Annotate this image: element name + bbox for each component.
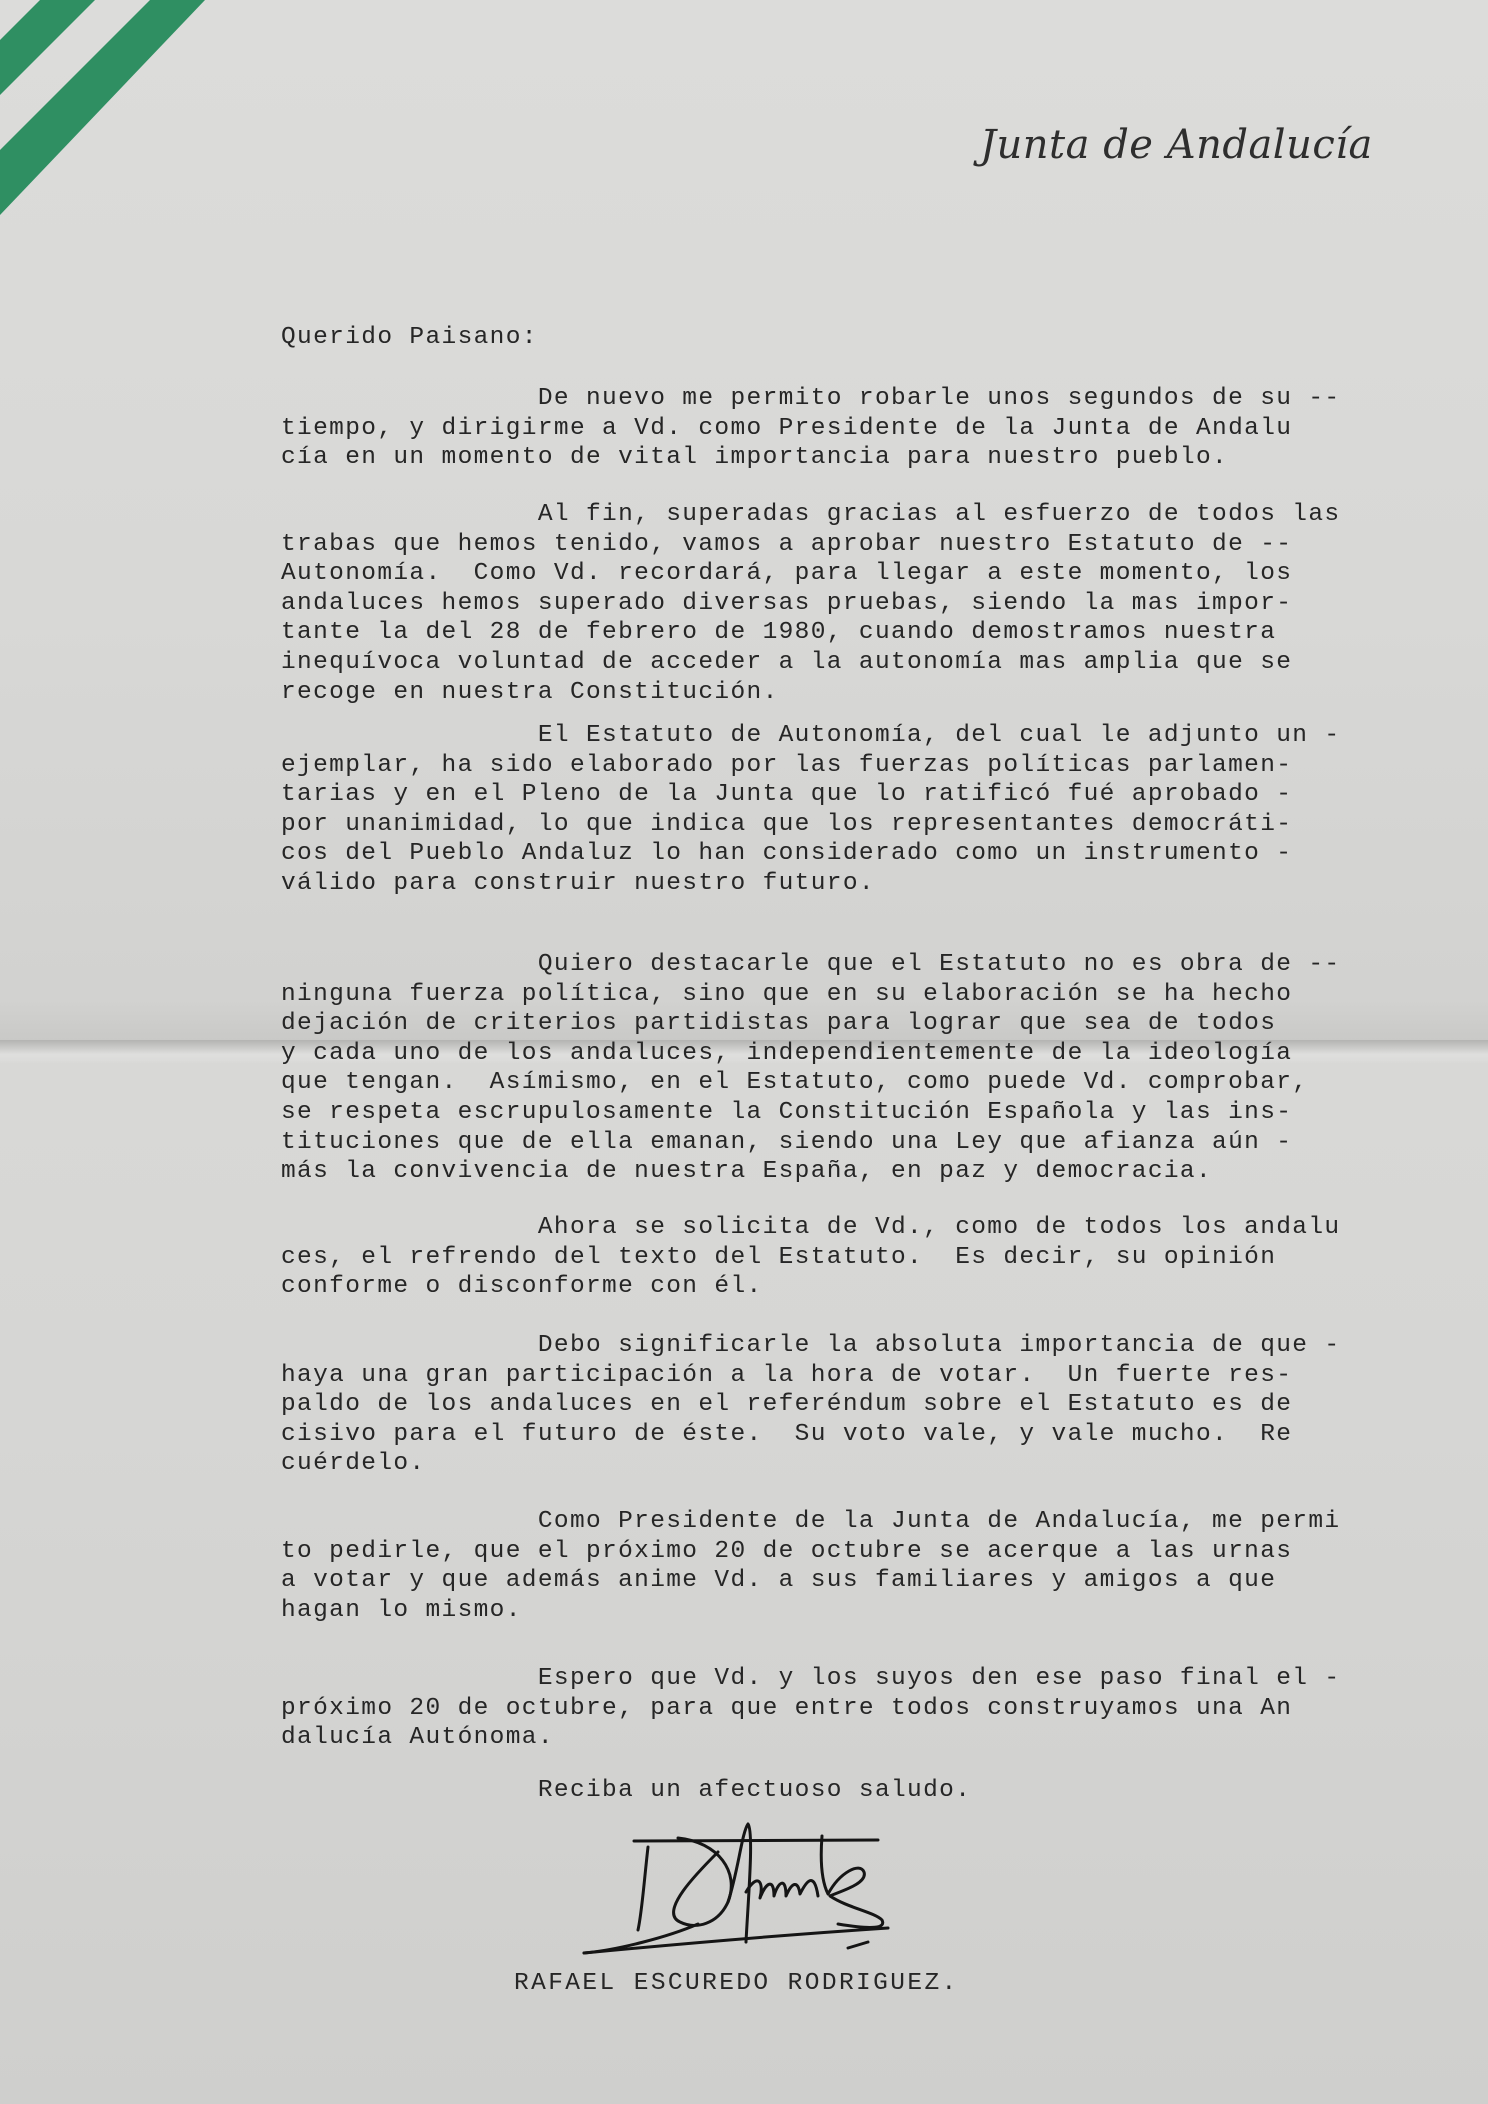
- paragraph-line: cía en un momento de vital importancia p…: [281, 443, 1441, 473]
- paragraph-line: válido para construir nuestro futuro.: [281, 869, 1441, 899]
- paragraph-line: cisivo para el futuro de éste. Su voto v…: [281, 1420, 1441, 1450]
- paragraph-line: hagan lo mismo.: [281, 1596, 1441, 1626]
- paragraph-line: ces, el refrendo del texto del Estatuto.…: [281, 1243, 1441, 1273]
- paragraph-line: Espero que Vd. y los suyos den ese paso …: [281, 1664, 1441, 1694]
- letter-paragraph: Quiero destacarle que el Estatuto no es …: [281, 950, 1441, 1187]
- paragraph-line: próximo 20 de octubre, para que entre to…: [281, 1694, 1441, 1724]
- paragraph-line: conforme o disconforme con él.: [281, 1272, 1441, 1302]
- paragraph-line: recoge en nuestra Constitución.: [281, 678, 1441, 708]
- signature-icon: [578, 1812, 918, 1962]
- paragraph-line: que tengan. Asímismo, en el Estatuto, co…: [281, 1068, 1441, 1098]
- letter-paragraph: Como Presidente de la Junta de Andalucía…: [281, 1507, 1441, 1625]
- closing-line: Reciba un afectuoso saludo.: [281, 1776, 1441, 1806]
- paragraph-line: dalucía Autónoma.: [281, 1723, 1441, 1753]
- paragraph-line: trabas que hemos tenido, vamos a aprobar…: [281, 530, 1441, 560]
- paragraph-line: por unanimidad, lo que indica que los re…: [281, 810, 1441, 840]
- paragraph-line: Quiero destacarle que el Estatuto no es …: [281, 950, 1441, 980]
- paragraph-line: Autonomía. Como Vd. recordará, para lleg…: [281, 559, 1441, 589]
- letter-paragraph: El Estatuto de Autonomía, del cual le ad…: [281, 721, 1441, 899]
- paragraph-line: y cada uno de los andaluces, independien…: [281, 1039, 1441, 1069]
- paragraph-line: cos del Pueblo Andaluz lo han considerad…: [281, 839, 1441, 869]
- paragraph-line: andaluces hemos superado diversas prueba…: [281, 589, 1441, 619]
- letter-paragraph: Debo significarle la absoluta importanci…: [281, 1331, 1441, 1479]
- paragraph-line: ejemplar, ha sido elaborado por las fuer…: [281, 751, 1441, 781]
- paragraph-line: cuérdelo.: [281, 1449, 1441, 1479]
- andalusian-flag-stripes-icon: [0, 0, 260, 260]
- paragraph-line: dejación de criterios partidistas para l…: [281, 1009, 1441, 1039]
- paragraph-line: ninguna fuerza política, sino que en su …: [281, 980, 1441, 1010]
- letterhead-title: Junta de Andalucía: [980, 122, 1373, 168]
- paragraph-line: tarias y en el Pleno de la Junta que lo …: [281, 780, 1441, 810]
- letter-paragraph: Al fin, superadas gracias al esfuerzo de…: [281, 500, 1441, 707]
- paragraph-line: tiempo, y dirigirme a Vd. como President…: [281, 414, 1441, 444]
- paragraph-line: a votar y que además anime Vd. a sus fam…: [281, 1566, 1441, 1596]
- paragraph-line: Como Presidente de la Junta de Andalucía…: [281, 1507, 1441, 1537]
- paragraph-line: se respeta escrupulosamente la Constituc…: [281, 1098, 1441, 1128]
- letter-paragraph: Espero que Vd. y los suyos den ese paso …: [281, 1664, 1441, 1753]
- paragraph-line: paldo de los andaluces en el referéndum …: [281, 1390, 1441, 1420]
- letter-paragraph: Ahora se solicita de Vd., como de todos …: [281, 1213, 1441, 1302]
- paragraph-line: Al fin, superadas gracias al esfuerzo de…: [281, 500, 1441, 530]
- paragraph-line: Ahora se solicita de Vd., como de todos …: [281, 1213, 1441, 1243]
- paragraph-line: haya una gran participación a la hora de…: [281, 1361, 1441, 1391]
- salutation: Querido Paisano:: [281, 323, 1441, 353]
- paragraph-line: tituciones que de ella emanan, siendo un…: [281, 1128, 1441, 1158]
- paragraph-line: De nuevo me permito robarle unos segundo…: [281, 384, 1441, 414]
- paragraph-line: El Estatuto de Autonomía, del cual le ad…: [281, 721, 1441, 751]
- signer-name: RAFAEL ESCUREDO RODRIGUEZ.: [514, 1970, 959, 1997]
- paragraph-line: Debo significarle la absoluta importanci…: [281, 1331, 1441, 1361]
- paragraph-line: más la convivencia de nuestra España, en…: [281, 1157, 1441, 1187]
- paragraph-line: tante la del 28 de febrero de 1980, cuan…: [281, 618, 1441, 648]
- paragraph-line: to pedirle, que el próximo 20 de octubre…: [281, 1537, 1441, 1567]
- letter-paragraph: De nuevo me permito robarle unos segundo…: [281, 384, 1441, 473]
- paragraph-line: inequívoca voluntad de acceder a la auto…: [281, 648, 1441, 678]
